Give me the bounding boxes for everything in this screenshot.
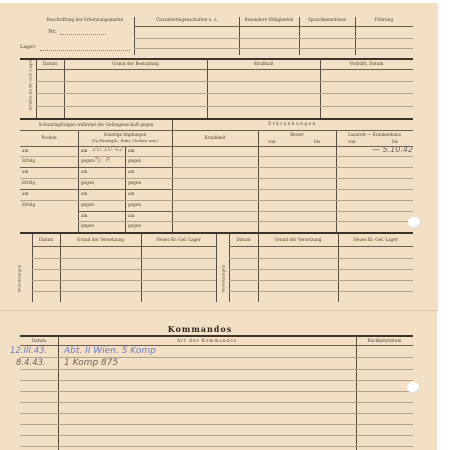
kommandos-rueckkehr-header: Rückkehrdatum — [356, 339, 413, 343]
strafen-strafmass-header: Strafmaß — [207, 62, 320, 66]
revier-von: von — [268, 140, 276, 144]
record-card-front: Beschriftung der Erkennungsmarke Nr. Lag… — [0, 3, 437, 310]
pocken-row-label: Erfolg — [22, 159, 35, 163]
versetzungen-left-side-label: Versetzungen — [17, 243, 22, 293]
krankheit-header: Krankheit — [172, 136, 258, 140]
sonstige-row-label: am — [81, 149, 87, 153]
strafen-side-label: Strafen im Kr.-Gef.-Lager — [28, 61, 33, 111]
sonstige-row-label: gegen — [128, 159, 141, 163]
kommando-row-2-datum: 8.4.43. — [16, 359, 46, 368]
revier-bis: bis — [314, 140, 320, 144]
handwritten-lazarett-bis: — 5.10.42 — [372, 146, 413, 154]
sonstige-subheader: (Ty./Paratyph., Ruhr, Cholera usw.) — [78, 139, 172, 143]
sonstige-row-label: am — [128, 149, 134, 153]
lazarett-bis: bis — [392, 140, 398, 144]
strafen-verbuesst-header: Verbüßt, Datum — [320, 62, 413, 66]
marke-label: Beschriftung der Erkennungsmarke — [30, 18, 140, 22]
sonstige-row-label: am — [81, 170, 87, 174]
strafen-datum-header: Datum — [36, 62, 64, 66]
sonstige-row-label: gegen — [81, 224, 94, 228]
sonstige-row-label: gegen — [128, 224, 141, 228]
versetzungen-right-side-label: Versetzungen — [221, 243, 226, 293]
sonstige-row-label: gegen — [128, 203, 141, 207]
record-card-back: Kommandos Datum Art des Kommandos Rückke… — [0, 310, 437, 450]
sonstige-row-label: gegen — [81, 159, 94, 163]
lazarett-von: von — [348, 140, 356, 144]
lager-label: Lager: — [20, 45, 37, 50]
sonstige-row-label: am — [81, 214, 87, 218]
kommandos-title: Kommandos — [0, 324, 400, 334]
nr-label: Nr. — [48, 30, 57, 36]
pocken-row-label: am — [22, 192, 28, 196]
kommandos-art-header: Art des Kommandos — [58, 339, 356, 343]
fuehrung-label: Führung — [355, 18, 413, 22]
sonstige-row-label: am — [81, 192, 87, 196]
lazarett-header: Lazarett — Krankenhaus — [336, 133, 413, 137]
kommando-row-1-datum: 12.III.43. — [10, 347, 47, 356]
vers-left-datum-header: Datum — [32, 238, 60, 242]
vers-left-lager-header: Neues Kr.-Gef.-Lager — [141, 238, 216, 242]
handwritten-impf-type: Ty. P. — [94, 157, 111, 164]
vers-right-grund-header: Grund der Versetzung — [258, 238, 338, 242]
revier-header: Revier — [258, 133, 336, 137]
pocken-row-label: am — [22, 170, 28, 174]
sonstige-row-label: am — [128, 192, 134, 196]
sonstige-header: Sonstige Impfungen — [78, 133, 172, 137]
nr-field — [60, 34, 106, 35]
punch-hole — [407, 382, 420, 393]
pocken-row-label: Erfolg — [22, 181, 35, 185]
charakter-label: Charaktereigenschaften u. a. — [135, 18, 239, 22]
sonstige-row-label: gegen — [128, 181, 141, 185]
erkrankungen-title: Erkrankungen — [172, 122, 413, 126]
vers-right-lager-header: Neues Kr.-Gef.-Lager — [338, 238, 413, 242]
sonstige-row-label: am — [128, 170, 134, 174]
handwritten-impf-date: 20.10.42 — [92, 146, 123, 153]
sonstige-row-label: am — [128, 214, 134, 218]
pocken-header: Pocken — [20, 136, 78, 140]
strafen-grund-header: Grund der Bestrafung — [64, 62, 207, 66]
faehigkeiten-label: Besondere Fähigkeiten — [239, 18, 299, 22]
kommandos-datum-header: Datum — [20, 339, 58, 343]
kommando-row-2-art: 1 Komp 875 — [64, 359, 118, 368]
punch-hole — [408, 217, 421, 228]
sonstige-row-label: gegen — [81, 181, 94, 185]
sonstige-row-label: gegen — [81, 203, 94, 207]
kommando-row-1-art: Abt. II Wien. 5 Komp — [64, 347, 156, 356]
vers-right-datum-header: Datum — [229, 238, 258, 242]
impfungen-title: Schutzimpfungen während der Gefangenscha… — [20, 123, 172, 127]
pocken-row-label: am — [22, 149, 28, 153]
pocken-row-label: Erfolg — [22, 203, 35, 207]
vers-left-grund-header: Grund der Versetzung — [60, 238, 141, 242]
lager-field — [40, 50, 130, 51]
sprachen-label: Sprachkenntnisse — [299, 18, 355, 22]
